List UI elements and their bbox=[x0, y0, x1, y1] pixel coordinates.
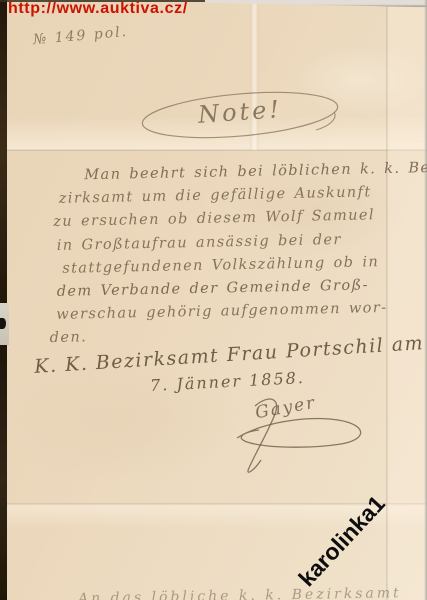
paper-left-edge-dot bbox=[0, 318, 6, 329]
auction-url-watermark: http://www.auktiva.cz/ bbox=[8, 0, 188, 18]
paper-left-edge bbox=[0, 0, 7, 600]
letter-title: Note! bbox=[197, 95, 283, 129]
scanned-letter: № 149 pol. Note! Man beehrt sich bei löb… bbox=[0, 0, 427, 600]
letter-body: Man beehrt sich bei löblichen k. k. Be-z… bbox=[46, 157, 427, 351]
title-block: Note! bbox=[138, 86, 342, 144]
